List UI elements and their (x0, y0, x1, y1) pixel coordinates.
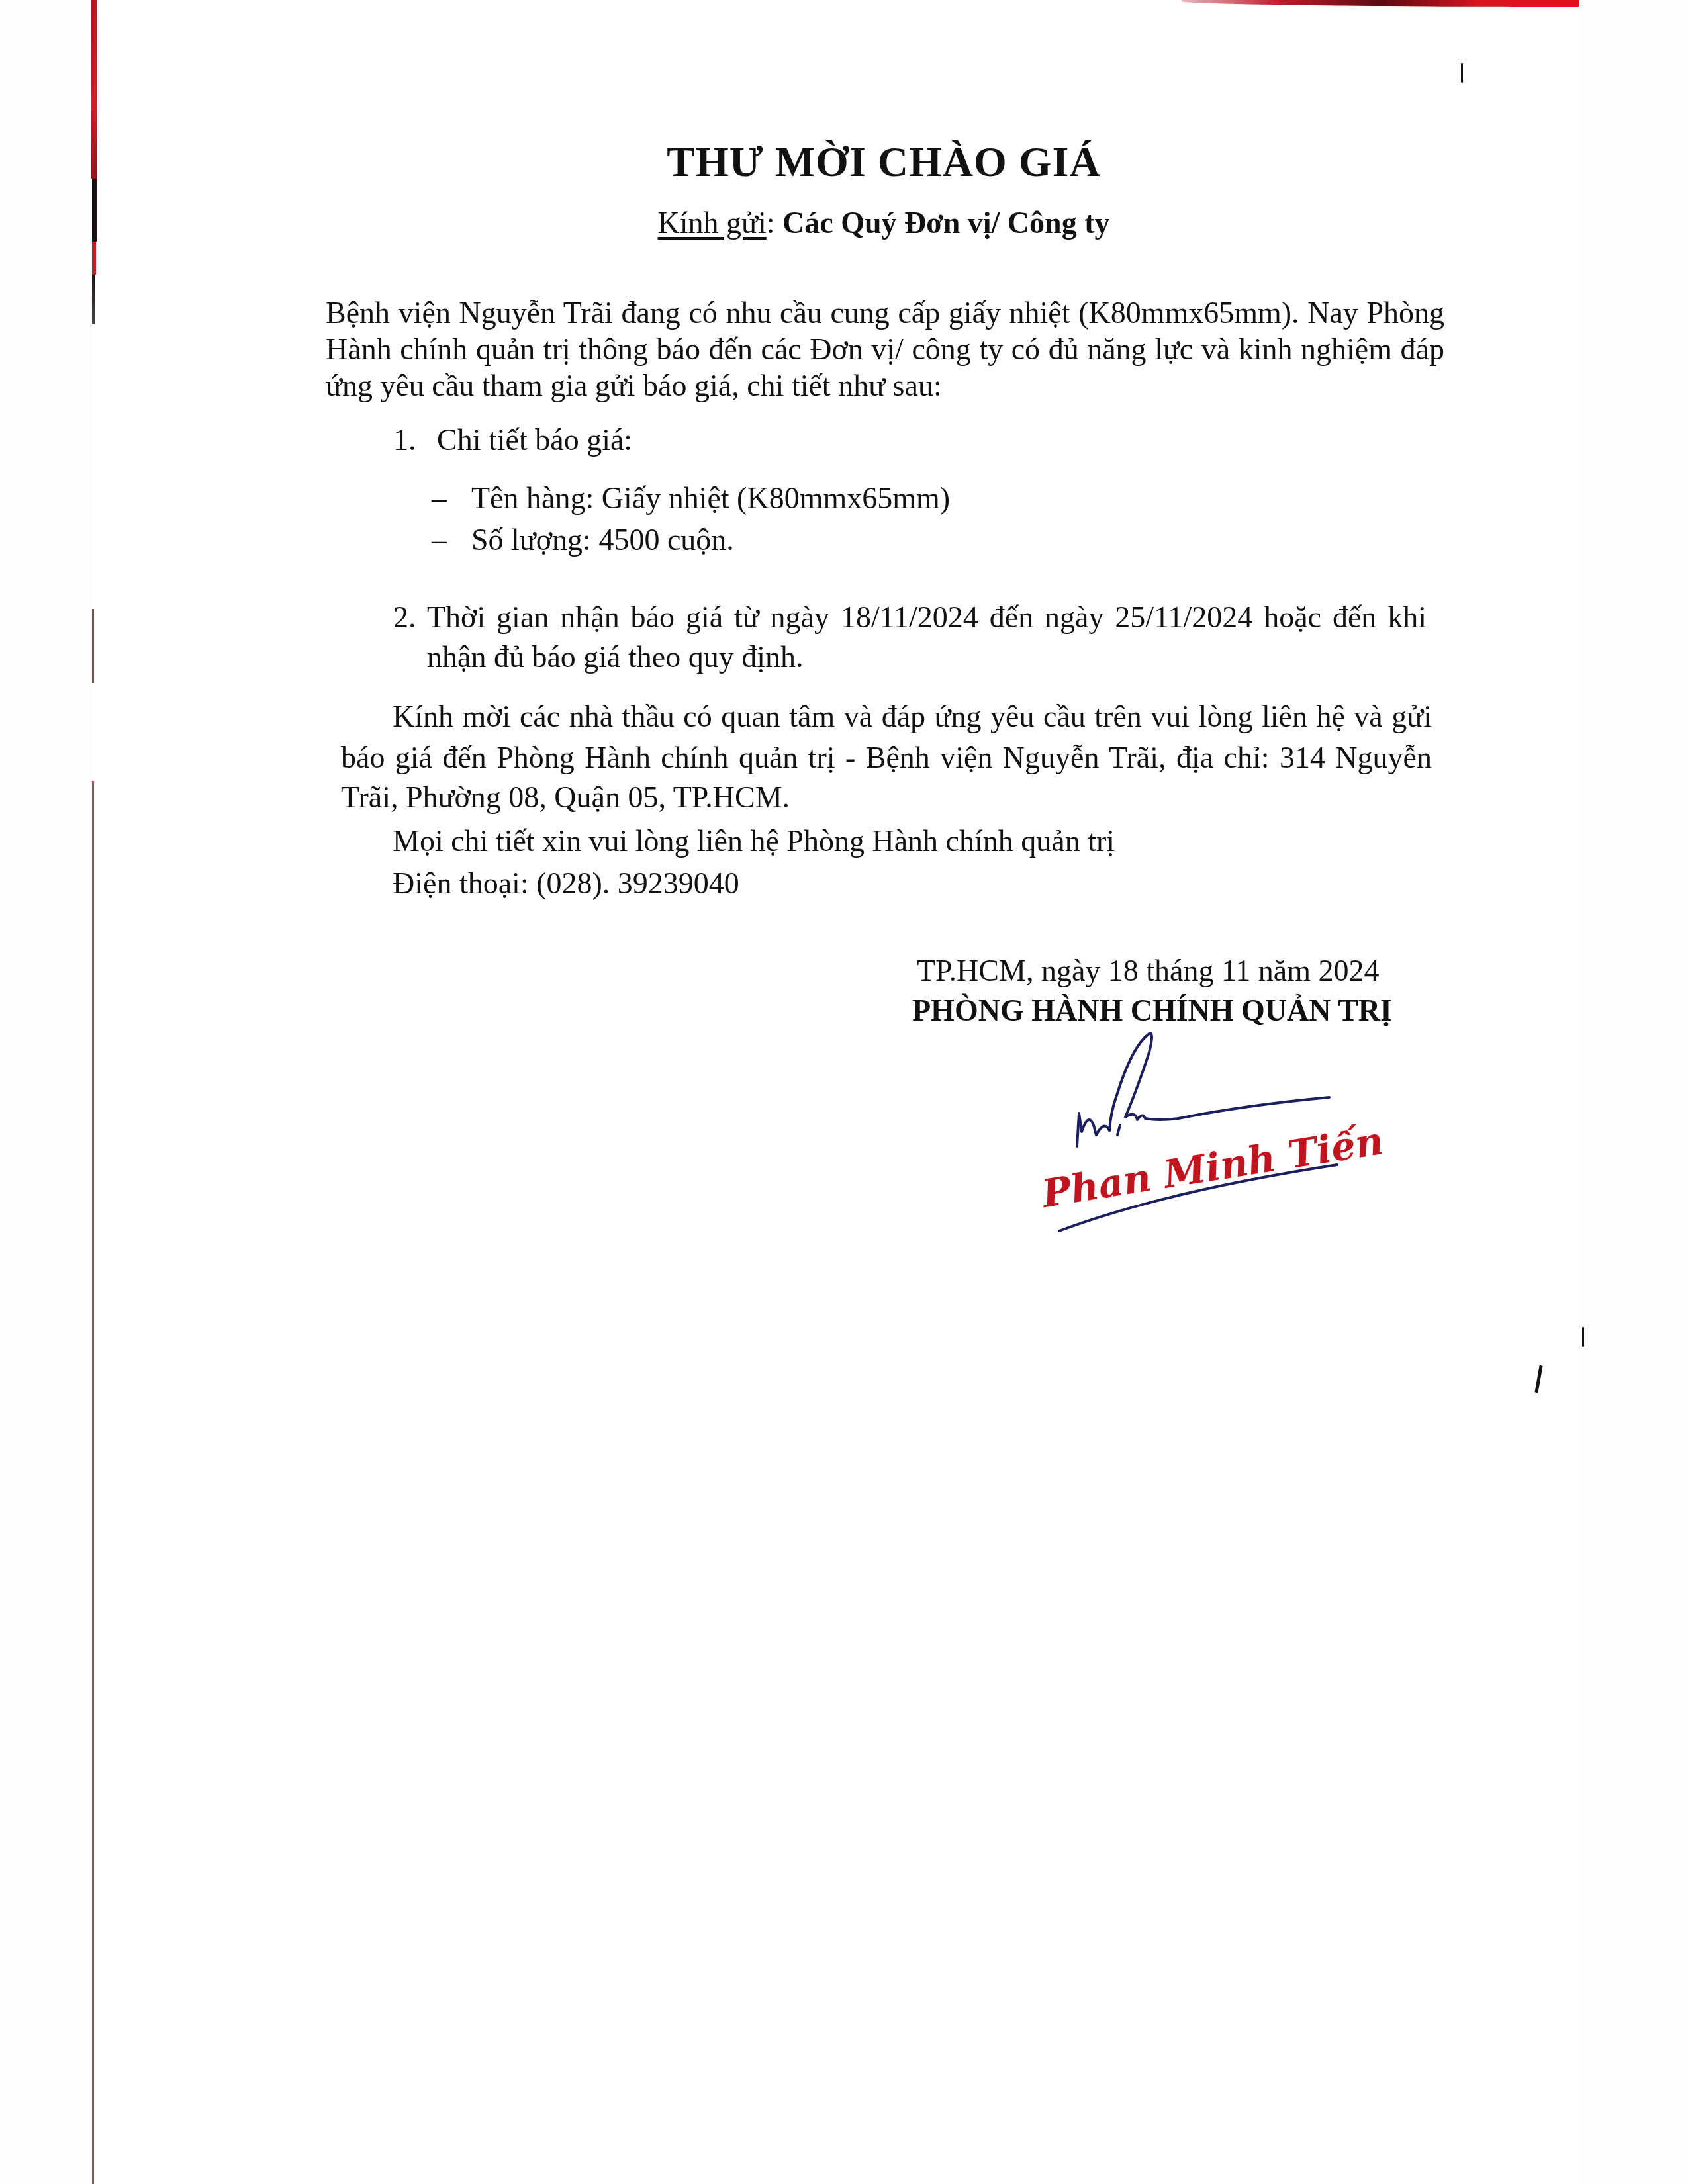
bullet-item-quantity: Số lượng: 4500 cuộn. (471, 525, 734, 555)
recipient-colon: : (767, 206, 782, 240)
invite-line: Kính mời các nhà thầu có quan tâm và đáp… (393, 702, 1432, 732)
intro-line: Bệnh viện Nguyễn Trãi đang có nhu cầu cu… (326, 298, 1444, 328)
section2-line: Thời gian nhận báo giá từ ngày 18/11/202… (427, 602, 1427, 633)
section1-number: 1. (393, 425, 416, 455)
binding-edge (92, 242, 96, 275)
invite-line: báo giá đến Phòng Hành chính quản trị - … (341, 743, 1432, 773)
scan-speck (1582, 1327, 1584, 1347)
bullet-marker: – (432, 483, 447, 514)
binding-edge (92, 781, 94, 2184)
section2-number: 2. (393, 602, 416, 633)
recipient-line: Kính gửi: Các Quý Đơn vị/ Công ty (0, 205, 1688, 240)
intro-line: ứng yêu cầu tham gia gửi báo giá, chi ti… (326, 371, 942, 401)
binding-edge (92, 275, 95, 324)
signature-department: PHÒNG HÀNH CHÍNH QUẢN TRỊ (912, 993, 1392, 1028)
contact-line: Mọi chi tiết xin vui lòng liên hệ Phòng … (393, 826, 1115, 856)
phone-line: Điện thoại: (028). 39239040 (393, 868, 739, 899)
signature-date: TP.HCM, ngày 18 tháng 11 năm 2024 (917, 953, 1380, 988)
invite-line: Trãi, Phường 08, Quận 05, TP.HCM. (341, 782, 790, 813)
binding-edge (92, 609, 94, 683)
bullet-item-product: Tên hàng: Giấy nhiệt (K80mmx65mm) (471, 483, 950, 514)
scan-speck (1461, 63, 1463, 83)
recipient-value: Các Quý Đơn vị/ Công ty (782, 206, 1109, 240)
bullet-marker: – (432, 525, 447, 555)
recipient-label: Kính gửi (658, 206, 767, 240)
section1-heading: Chi tiết báo giá: (437, 425, 632, 455)
intro-line: Hành chính quản trị thông báo đến các Đơ… (326, 334, 1444, 365)
section2-line: nhận đủ báo giá theo quy định. (427, 642, 804, 672)
document-title: THƯ MỜI CHÀO GIÁ (0, 138, 1688, 187)
